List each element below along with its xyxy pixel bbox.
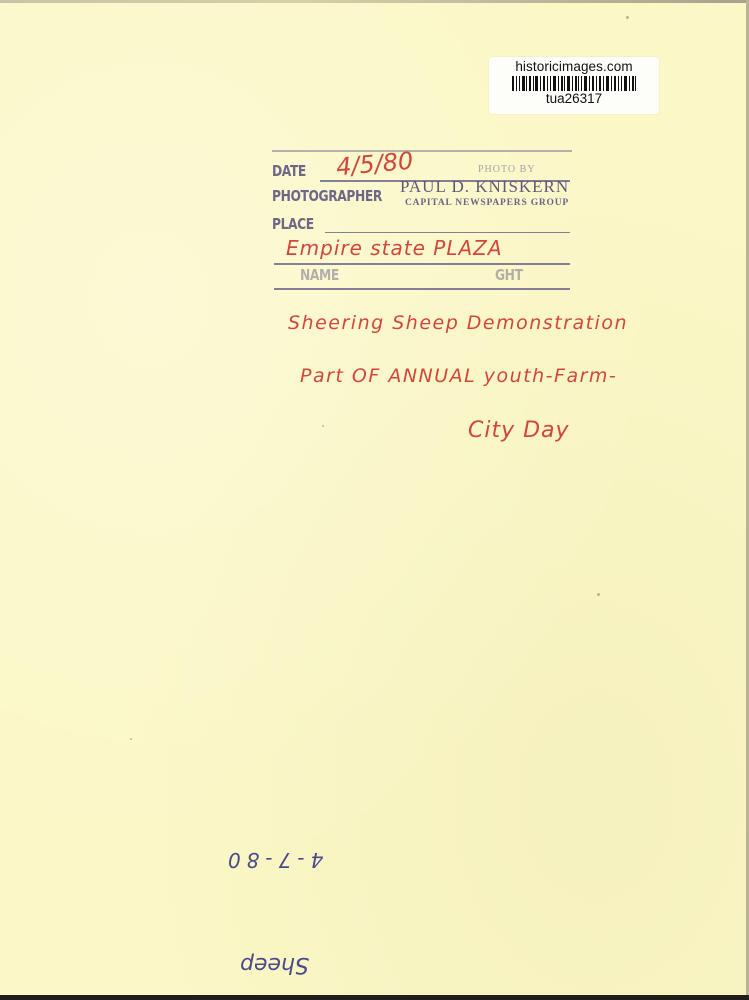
barcode-label: historicimages.com [489, 57, 659, 114]
date-label: DATE [272, 162, 306, 180]
label-site: historicimages.com [489, 59, 659, 74]
inverted-date-note: 4-7-80 [222, 848, 323, 872]
photographer-label: PHOTOGRAPHER [272, 187, 382, 205]
paper-speck [597, 593, 600, 596]
photo-back-sheet: historicimages.com [0, 0, 746, 995]
top-edge [0, 0, 749, 3]
place-rule [325, 232, 570, 233]
place-label: PLACE [272, 215, 314, 233]
photo-stamp: DATE PHOTO BY PHOTOGRAPHER PAUL D. KNISK… [270, 140, 640, 300]
caption-line-3: City Day [468, 418, 570, 443]
stamp-top-rule [272, 150, 572, 152]
inverted-subject-note: Sheep [240, 952, 309, 977]
name-partial: GHT [495, 266, 523, 284]
newspaper-group: CAPITAL NEWSPAPERS GROUP [405, 198, 569, 208]
caption-line-1: Sheering Sheep Demonstration [288, 312, 628, 334]
handwritten-place: Empire state PLAZA [286, 236, 503, 260]
bottom-edge [0, 995, 749, 1000]
paper-speck [626, 16, 629, 19]
paper-speck [130, 738, 132, 740]
caption-line-2: Part OF ANNUAL youth-Farm- [300, 365, 617, 387]
place-value-rule [274, 263, 570, 265]
barcode-icon [512, 76, 636, 91]
photographer-name: PAUL D. KNISKERN [400, 177, 569, 197]
paper-speck [322, 425, 324, 427]
photo-by-label: PHOTO BY [478, 164, 536, 175]
name-label: NAME [300, 266, 339, 284]
label-code: tua26317 [489, 92, 659, 106]
name-rule [274, 288, 570, 290]
